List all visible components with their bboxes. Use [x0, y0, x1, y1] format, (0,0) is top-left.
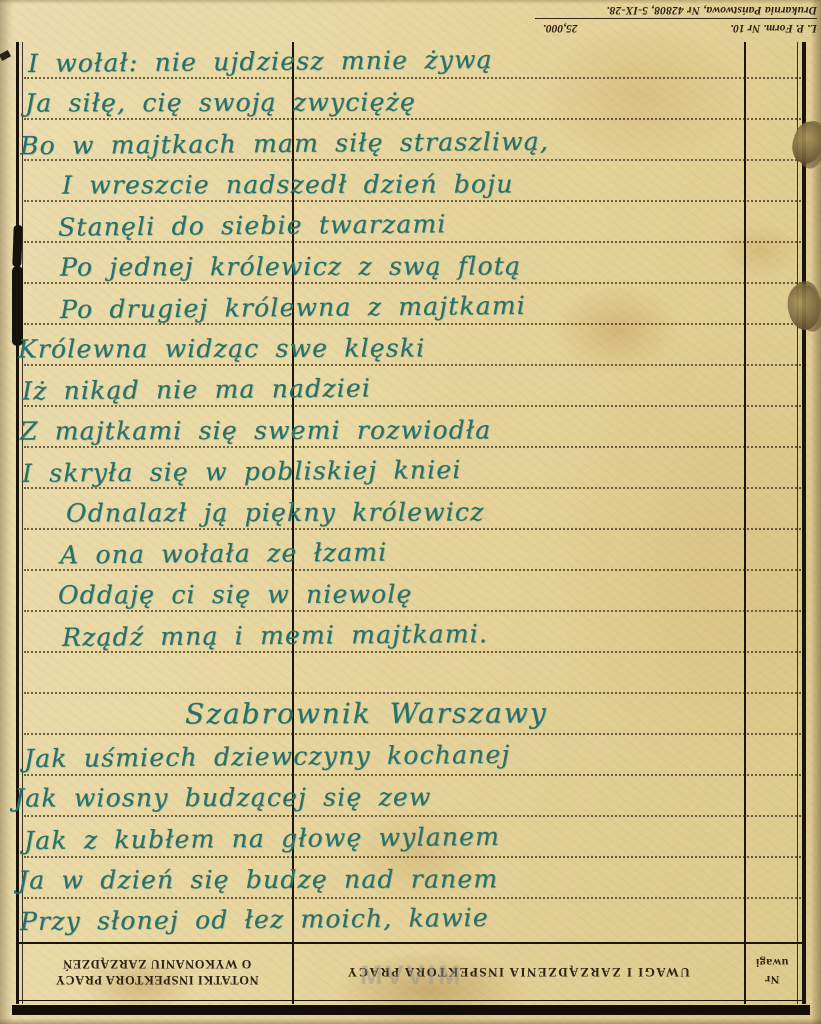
- watermark-text: MVVIM: [360, 960, 464, 990]
- copies-count-text: 25,000.: [543, 20, 578, 35]
- ink-blot: [12, 225, 22, 267]
- ruled-line: [24, 815, 804, 817]
- form-number-row: L. P. Form. Nr 10. 25,000.: [495, 20, 817, 35]
- footer-bottom-thin-border: [16, 1000, 806, 1001]
- handwritten-line: Iż nikąd nie ma nadziei: [22, 371, 371, 408]
- frame-line-left-inner: [22, 42, 23, 1004]
- form-number-text: L. P. Form. Nr 10.: [730, 20, 817, 35]
- footer-cell-nr: Nr uwagi: [746, 944, 798, 998]
- frame-line-left-outer: [16, 42, 19, 1004]
- handwritten-line: Stanęli do siebie twarzami: [58, 207, 447, 244]
- handwritten-line: Ja w dzień się budzę nad ranem: [18, 862, 498, 897]
- left-page-edge: [0, 0, 14, 1024]
- bottom-page-edge: [0, 1018, 821, 1024]
- handwritten-line: Oddaję ci się w niewolę: [58, 578, 413, 613]
- imprint-divider-line: [535, 18, 817, 19]
- handwritten-line: Po jednej królewicz z swą flotą: [60, 249, 521, 284]
- scanned-notebook-page: L. P. Form. Nr 10. 25,000. Drukarnia Pań…: [0, 0, 821, 1024]
- handwritten-line: Bo w majtkach mam siłę straszliwą,: [20, 125, 549, 164]
- handwritten-line: Przy słonej od łez moich, kawie: [20, 901, 489, 939]
- handwritten-line: I skryła się w pobliskiej kniei: [22, 453, 462, 491]
- handwritten-line: I wreszcie nadszedł dzień boju: [62, 167, 514, 202]
- handwritten-line: I wołał: nie ujdziesz mnie żywą: [28, 43, 493, 81]
- handwritten-line: Jak uśmiech dziewczyny kochanej: [24, 738, 511, 776]
- frame-line-right-inner: [797, 42, 798, 1004]
- handwritten-line: Z majtkami się swemi rozwiodła: [20, 413, 491, 448]
- footer-notes-line2: O WYKONANIU ZARZĄDZEŃ: [26, 956, 288, 972]
- frame-line-right-column: [744, 42, 746, 1004]
- printer-imprint-text: Drukarnia Państwowa, Nr 42808, 5-IX-28.: [495, 2, 817, 17]
- handwritten-line: Po drugiej królewna z majtkami: [60, 289, 526, 327]
- handwritten-line: Ja siłę, cię swoją zwyciężę: [25, 85, 416, 120]
- handwritten-line: Rządź mną i memi majtkami.: [62, 617, 488, 655]
- poem-title: Szabrownik Warszawy: [185, 697, 548, 732]
- footer-notes-line1: NOTATKI INSPEKTORA PRACY: [26, 972, 288, 988]
- handwritten-line: Odnalazł ją piękny królewicz: [66, 495, 485, 530]
- handwritten-line: Królewna widząc swe klęski: [18, 331, 425, 366]
- printed-imprint-block: L. P. Form. Nr 10. 25,000. Drukarnia Pań…: [495, 2, 817, 35]
- ruled-line: [24, 733, 804, 735]
- frame-line-right-outer: [802, 42, 806, 1004]
- handwritten-line: A ona wołała ze łzami: [60, 536, 388, 573]
- handwritten-line: Jak wiosny budzącej się zew: [14, 780, 432, 815]
- footer-nr-text: Nr: [746, 971, 798, 988]
- handwritten-line: Jak z kubłem na głowę wylanem: [24, 820, 500, 858]
- ruled-line: [24, 692, 804, 694]
- footer-cell-notes: NOTATKI INSPEKTORA PRACY O WYKONANIU ZAR…: [26, 946, 288, 998]
- footer-uwagi-text: uwagi: [746, 954, 798, 971]
- page-bottom-thick-border: [12, 1005, 810, 1015]
- footer-top-border: [16, 942, 806, 944]
